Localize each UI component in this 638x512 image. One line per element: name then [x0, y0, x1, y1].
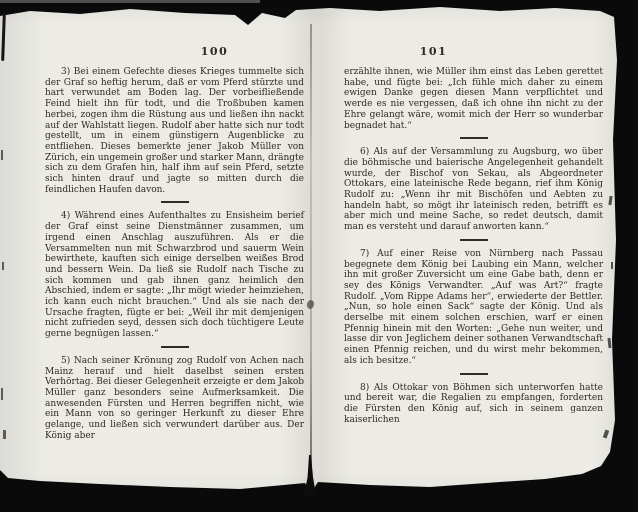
page-edge-mark [2, 262, 4, 270]
page-edge-mark [1, 388, 3, 400]
section-divider [161, 346, 189, 348]
section-divider [460, 373, 488, 375]
page-edge-mark [3, 430, 6, 439]
section-divider [460, 239, 488, 241]
paragraph-6: 6) Als auf der Versammlung zu Augsburg, … [344, 147, 603, 233]
page-right: 101 erzählte ihnen, wie Müller ihm einst… [344, 46, 603, 428]
page-left: 100 3) Bei einem Gefechte dieses Krieges… [45, 46, 304, 445]
paragraph-7: 7) Auf einer Reise von Nürnberg nach Pas… [344, 249, 603, 367]
page-edge-mark [611, 262, 613, 269]
scan-top-edge-artifact [0, 0, 260, 3]
paragraph-3: 3) Bei einem Gefechte dieses Krieges tum… [45, 67, 304, 195]
paragraph-4: 4) Während eines Aufenthaltes zu Ensishe… [45, 211, 304, 339]
paragraph-8: 8) Als Ottokar von Böhmen sich unterworf… [344, 383, 603, 426]
page-edge-mark [1, 150, 3, 160]
gutter-crease [310, 24, 312, 486]
section-divider [161, 201, 189, 203]
section-divider [460, 137, 488, 139]
book-scan: 100 3) Bei einem Gefechte dieses Krieges… [0, 0, 638, 512]
paragraph-5: 5) Nach seiner Krönung zog Rudolf von Ac… [45, 356, 304, 442]
page-number-right: 101 [304, 46, 563, 58]
paragraph-5-continued: erzählte ihnen, wie Müller ihm einst das… [344, 67, 603, 131]
